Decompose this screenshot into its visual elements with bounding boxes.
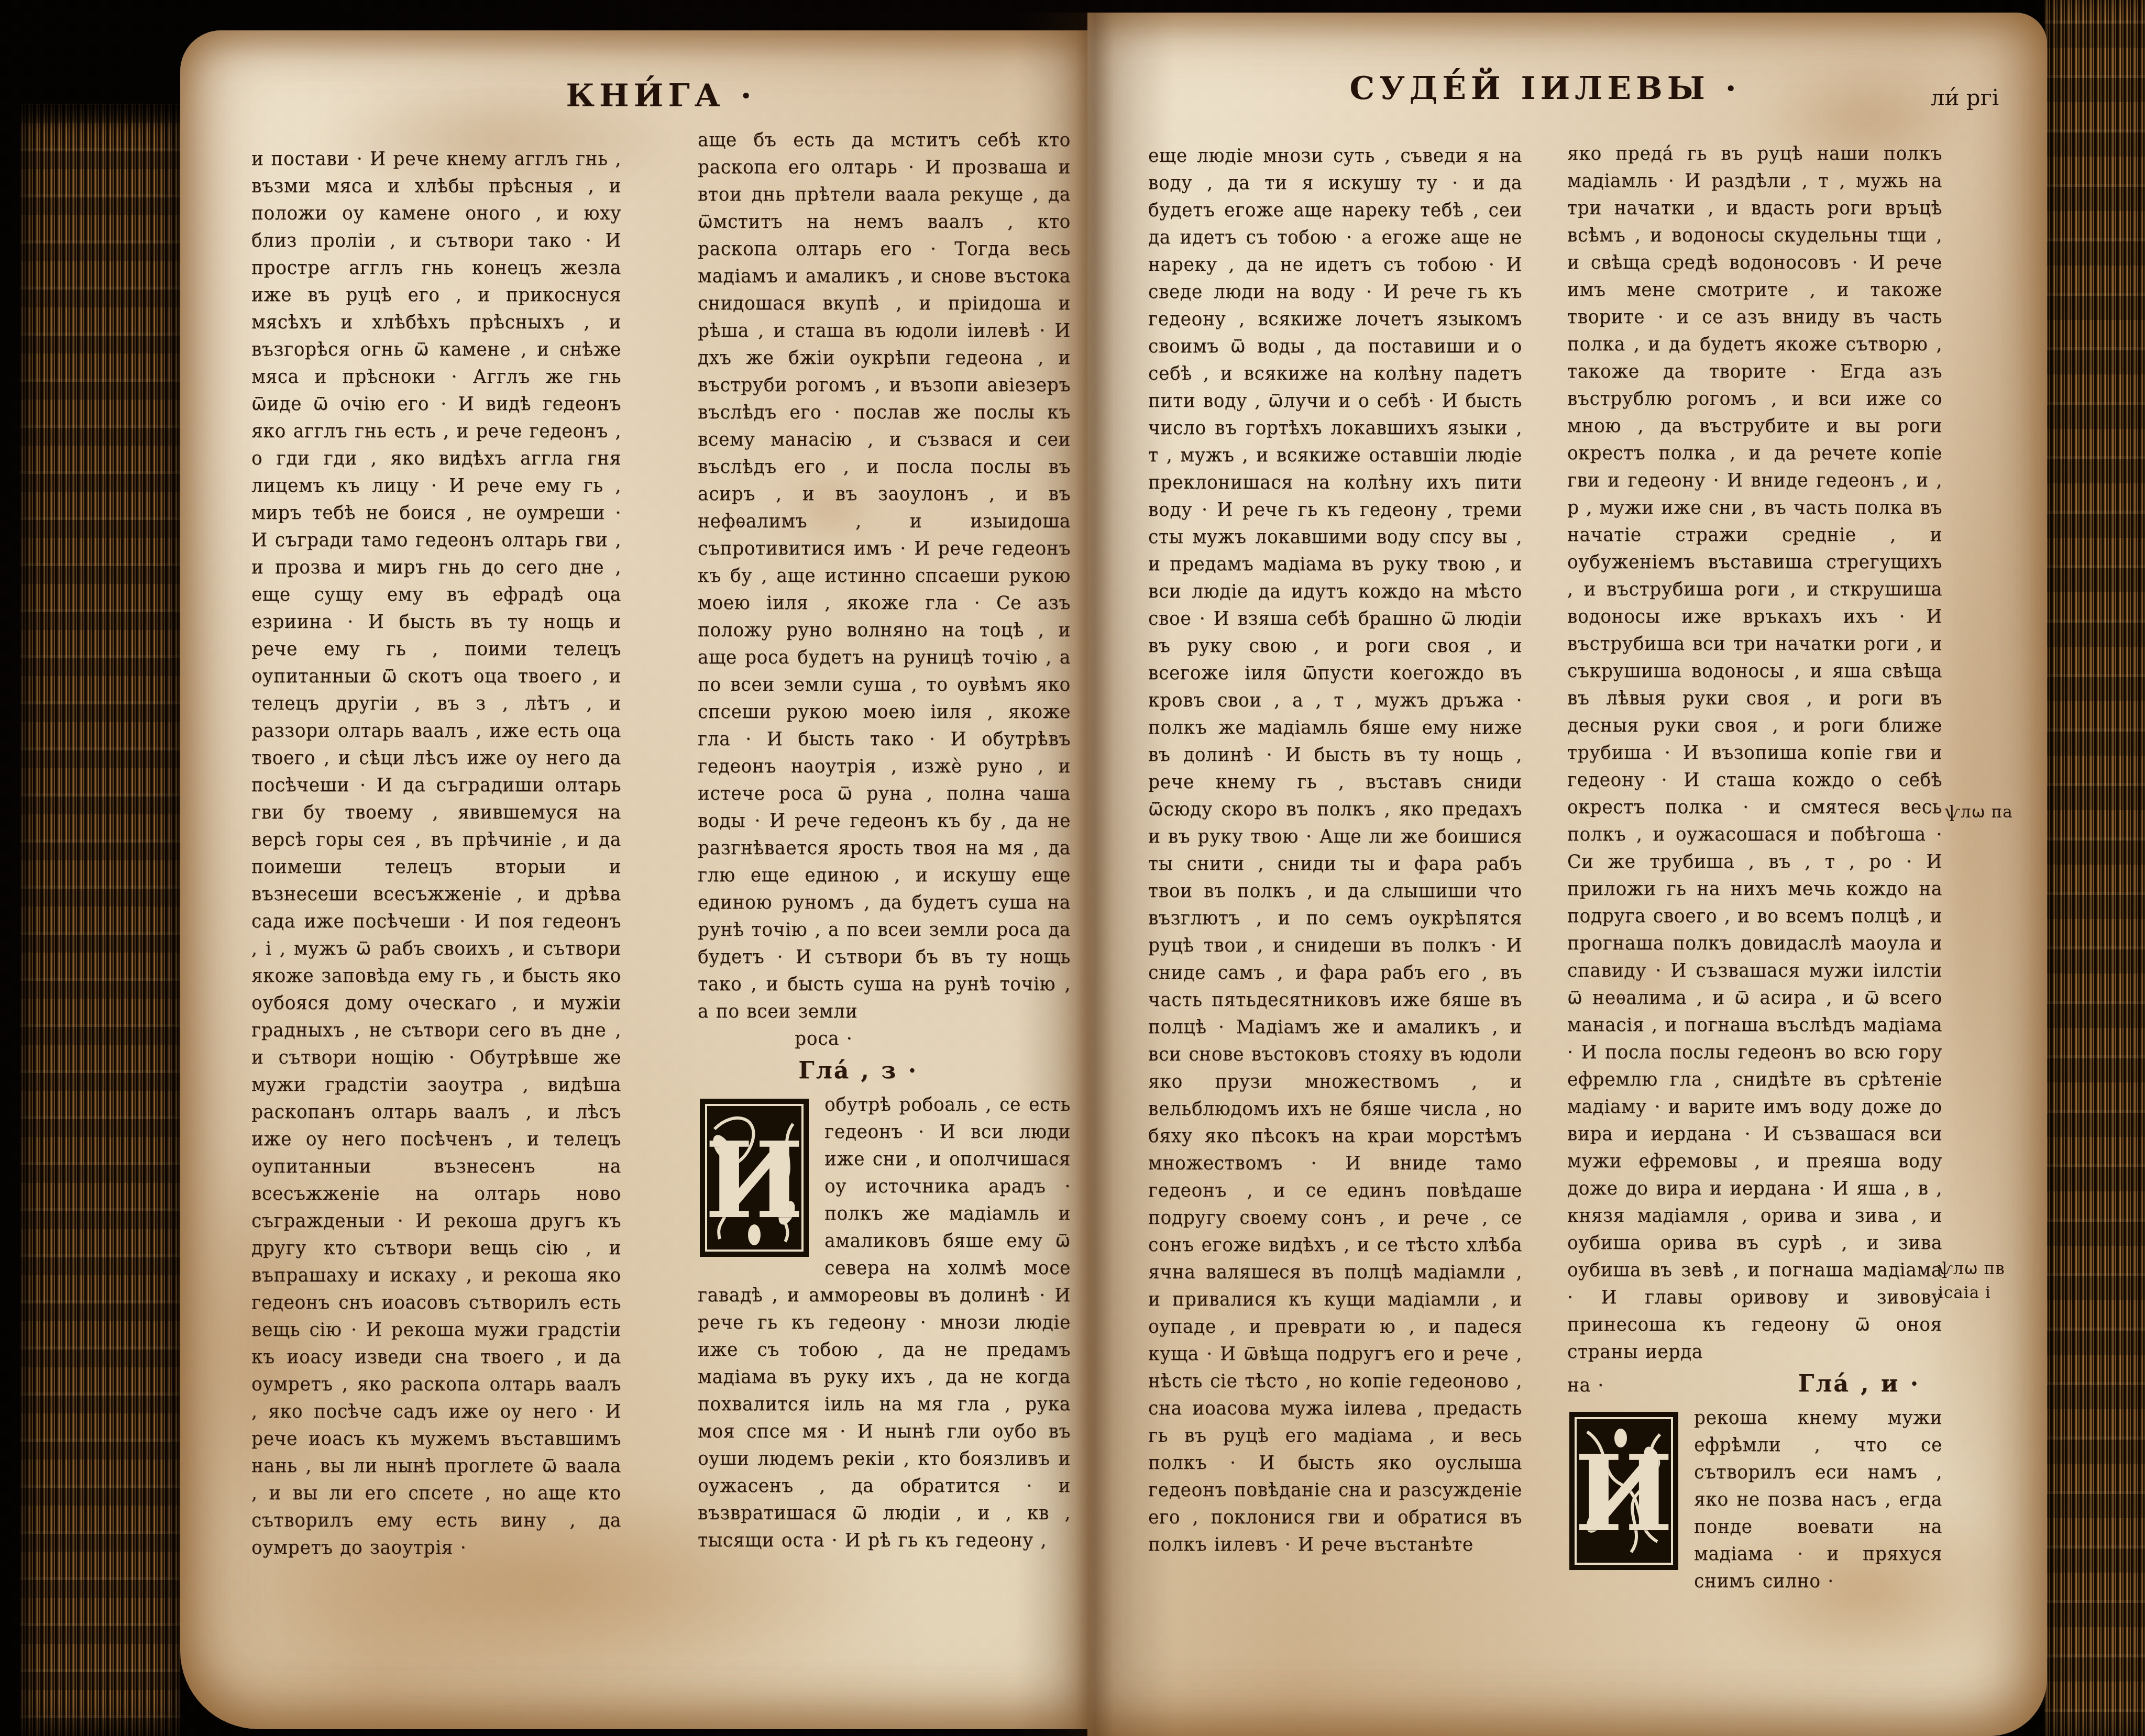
chapter-7-paragraph: И обутрѣ робоаль , се есть гедеонъ · И в… <box>698 1091 1071 1554</box>
text-column-right-2: яко преда́ гь въ руцѣ наши полкъ мадіамл… <box>1567 140 1942 1595</box>
column-text: яко преда́ гь въ руцѣ наши полкъ мадіамл… <box>1567 140 1942 1366</box>
woodcut-initial-art: И <box>699 1098 810 1258</box>
chapter-8-paragraph: И рекоша кнему мужи ефрѣмли , что се сът… <box>1567 1405 1942 1595</box>
text-column-left-2: аще бъ есть да мститъ себѣ кто раскопа е… <box>698 127 1071 1554</box>
initial-letter: И <box>1574 1432 1674 1555</box>
ornamental-initial-block: И <box>699 1098 810 1258</box>
margin-note-references: ѱлѡ пв ісаіа і <box>1938 1257 2005 1305</box>
margin-note-isaiah-reference: ісаіа і <box>1938 1281 2005 1305</box>
margin-note-psalm-reference: ѱлѡ па <box>1945 800 2013 824</box>
column-text: аще бъ есть да мститъ себѣ кто раскопа е… <box>698 127 1071 1025</box>
chapter-8-text: рекоша кнему мужи ефрѣмли , что се сътво… <box>1694 1408 1942 1592</box>
ornamental-initial-block: И <box>1568 1411 1679 1571</box>
initial-letter: И <box>705 1119 804 1242</box>
running-title-left: КНИ́ГА · <box>251 78 1071 114</box>
fore-edge-page-stack-left <box>20 104 181 1736</box>
fore-edge-page-stack-right <box>2044 0 2145 1736</box>
folio-number: ли́ ргі <box>1884 85 2046 110</box>
verse-tail-line: роса · <box>698 1025 1071 1053</box>
text-column-left-1: и постави · И рече кнему агглъ гнь , въз… <box>251 146 621 1562</box>
chapter-7-heading: Гла́ , з · <box>698 1053 1071 1091</box>
chapter-8-heading-row: на · Гла́ , и · <box>1567 1366 1942 1405</box>
photograph-open-slavonic-book: КНИ́ГА · СУДЕ́Й ІИЛЕВЫ · ли́ ргі и поста… <box>0 0 2145 1736</box>
verse-tail-line: на · <box>1567 1372 1604 1399</box>
margin-note-psalm-reference: ѱлѡ пв <box>1938 1257 2005 1281</box>
running-title-right: СУДЕ́Й ІИЛЕВЫ · <box>1148 70 1942 107</box>
chapter-8-heading: Гла́ , и · <box>1798 1366 1920 1405</box>
text-column-right-1: еще людіе мнози суть , съведи я на воду … <box>1148 142 1522 1558</box>
woodcut-initial-art: И <box>1568 1411 1679 1571</box>
